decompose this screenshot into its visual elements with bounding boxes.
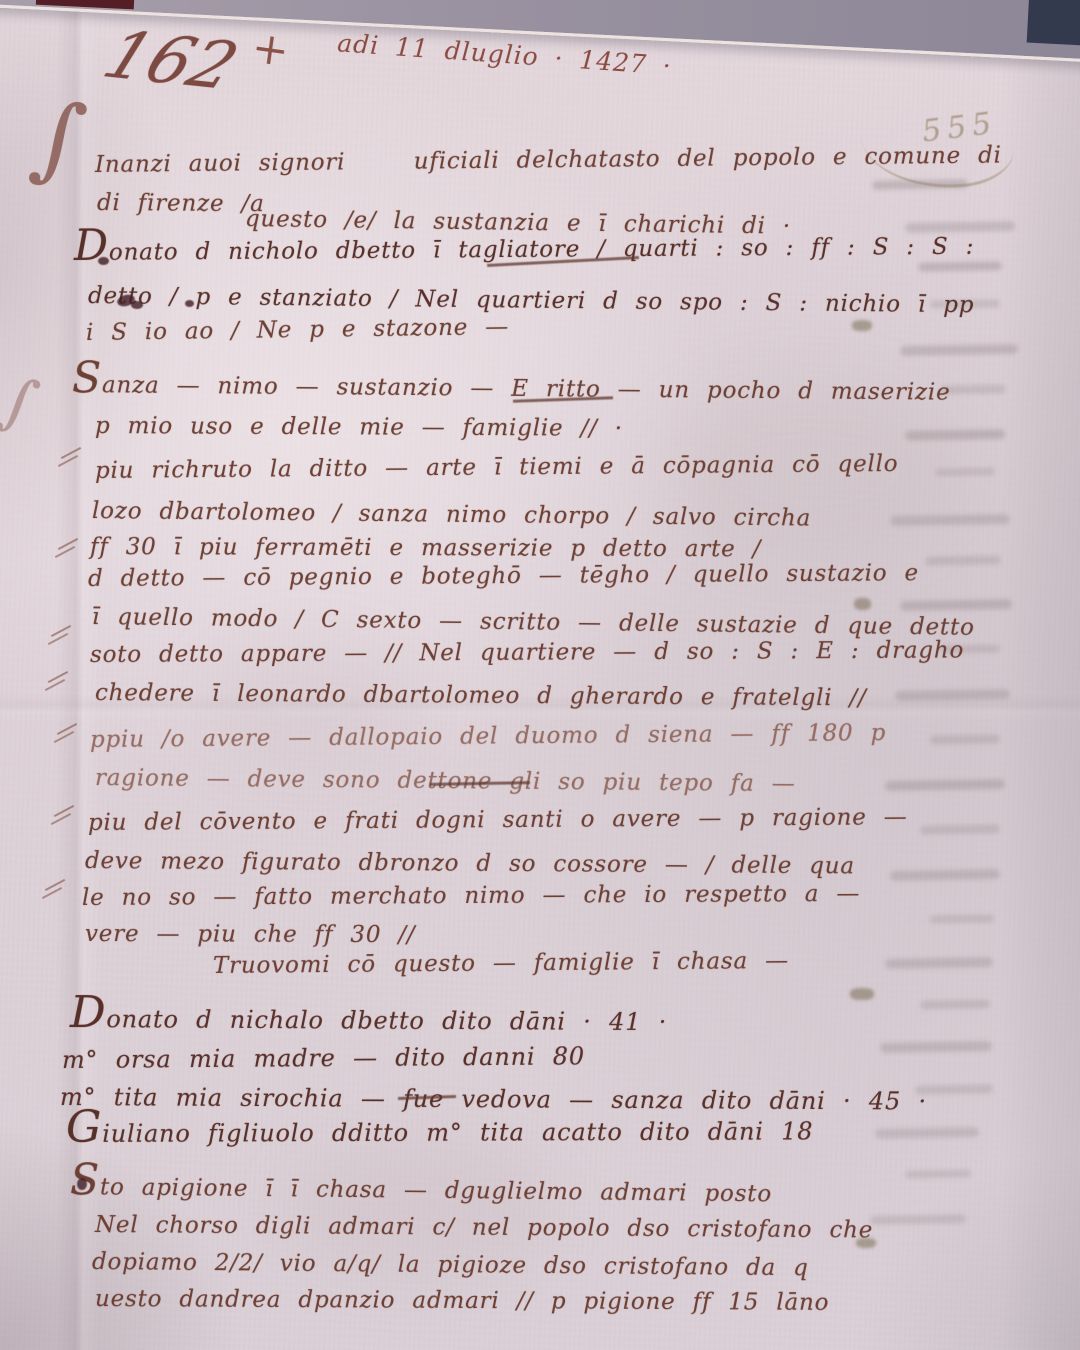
manuscript-page: 162 + adi 11 dluglio · 1427 · 555 ∫ ∫ In… xyxy=(0,0,1080,1350)
manuscript-line: deve mezo figurato dbronzo d so cossore … xyxy=(85,848,855,879)
manuscript-line: p mio uso e delle mie — famiglie // · xyxy=(95,413,623,442)
ghost-text-line xyxy=(905,1169,971,1178)
ghost-text-line xyxy=(890,869,1000,881)
ghost-text-line xyxy=(880,1041,992,1053)
manuscript-line: di firenze /a xyxy=(97,190,265,217)
ghost-text-line xyxy=(875,1127,979,1139)
cross-mark: + xyxy=(249,22,293,78)
ghost-text-line xyxy=(920,999,990,1009)
manuscript-line: chedere ī leonardo dbartolomeo d gherard… xyxy=(95,680,867,711)
ghost-text-line xyxy=(920,824,1000,834)
ghost-text-line xyxy=(895,689,1010,701)
manuscript-line: Donato d nichalo dbetto dito dāni · 41 · xyxy=(70,1005,667,1036)
ghost-text-line xyxy=(870,1214,966,1225)
manuscript-line: Giuliano figliuolo dditto m° tita acatto… xyxy=(66,1117,813,1148)
ghost-text-line xyxy=(905,221,1015,233)
book-cover-edge xyxy=(1027,0,1080,45)
dark-bleed-mark xyxy=(850,988,874,1000)
ghost-text-line xyxy=(885,779,1005,791)
manuscript-line: le no so — fatto merchato nimo — che io … xyxy=(82,881,860,911)
manuscript-line: Truovomi cō questo — famiglie ī chasa — xyxy=(213,948,789,979)
ghost-text-line xyxy=(930,914,994,923)
manuscript-line: ff 30 ī piu ferramēti e masserizie p det… xyxy=(90,534,761,562)
manuscript-line: uesto dandrea dpanzio admari // p pigion… xyxy=(95,1286,829,1316)
manuscript-line: m° tita mia sirochia — fue vedova — sanz… xyxy=(60,1083,927,1116)
ghost-text-line xyxy=(900,344,1018,356)
manuscript-line: vere — piu che ff 30 // xyxy=(85,921,416,948)
dark-bleed-mark xyxy=(852,320,872,331)
manuscript-line: m° orsa mia madre — dito danni 80 xyxy=(62,1042,585,1074)
ghost-text-line xyxy=(900,599,1012,611)
dark-bleed-mark xyxy=(854,598,871,610)
manuscript-line: Nel chorso digli admari c/ nel popolo ds… xyxy=(95,1212,873,1243)
ghost-text-line xyxy=(930,734,1000,744)
ghost-text-line xyxy=(918,261,1002,271)
ghost-text-line xyxy=(925,555,1001,565)
manuscript-line: soto detto appare — // Nel quartiere — d… xyxy=(90,637,964,668)
ghost-text-line xyxy=(885,957,993,969)
